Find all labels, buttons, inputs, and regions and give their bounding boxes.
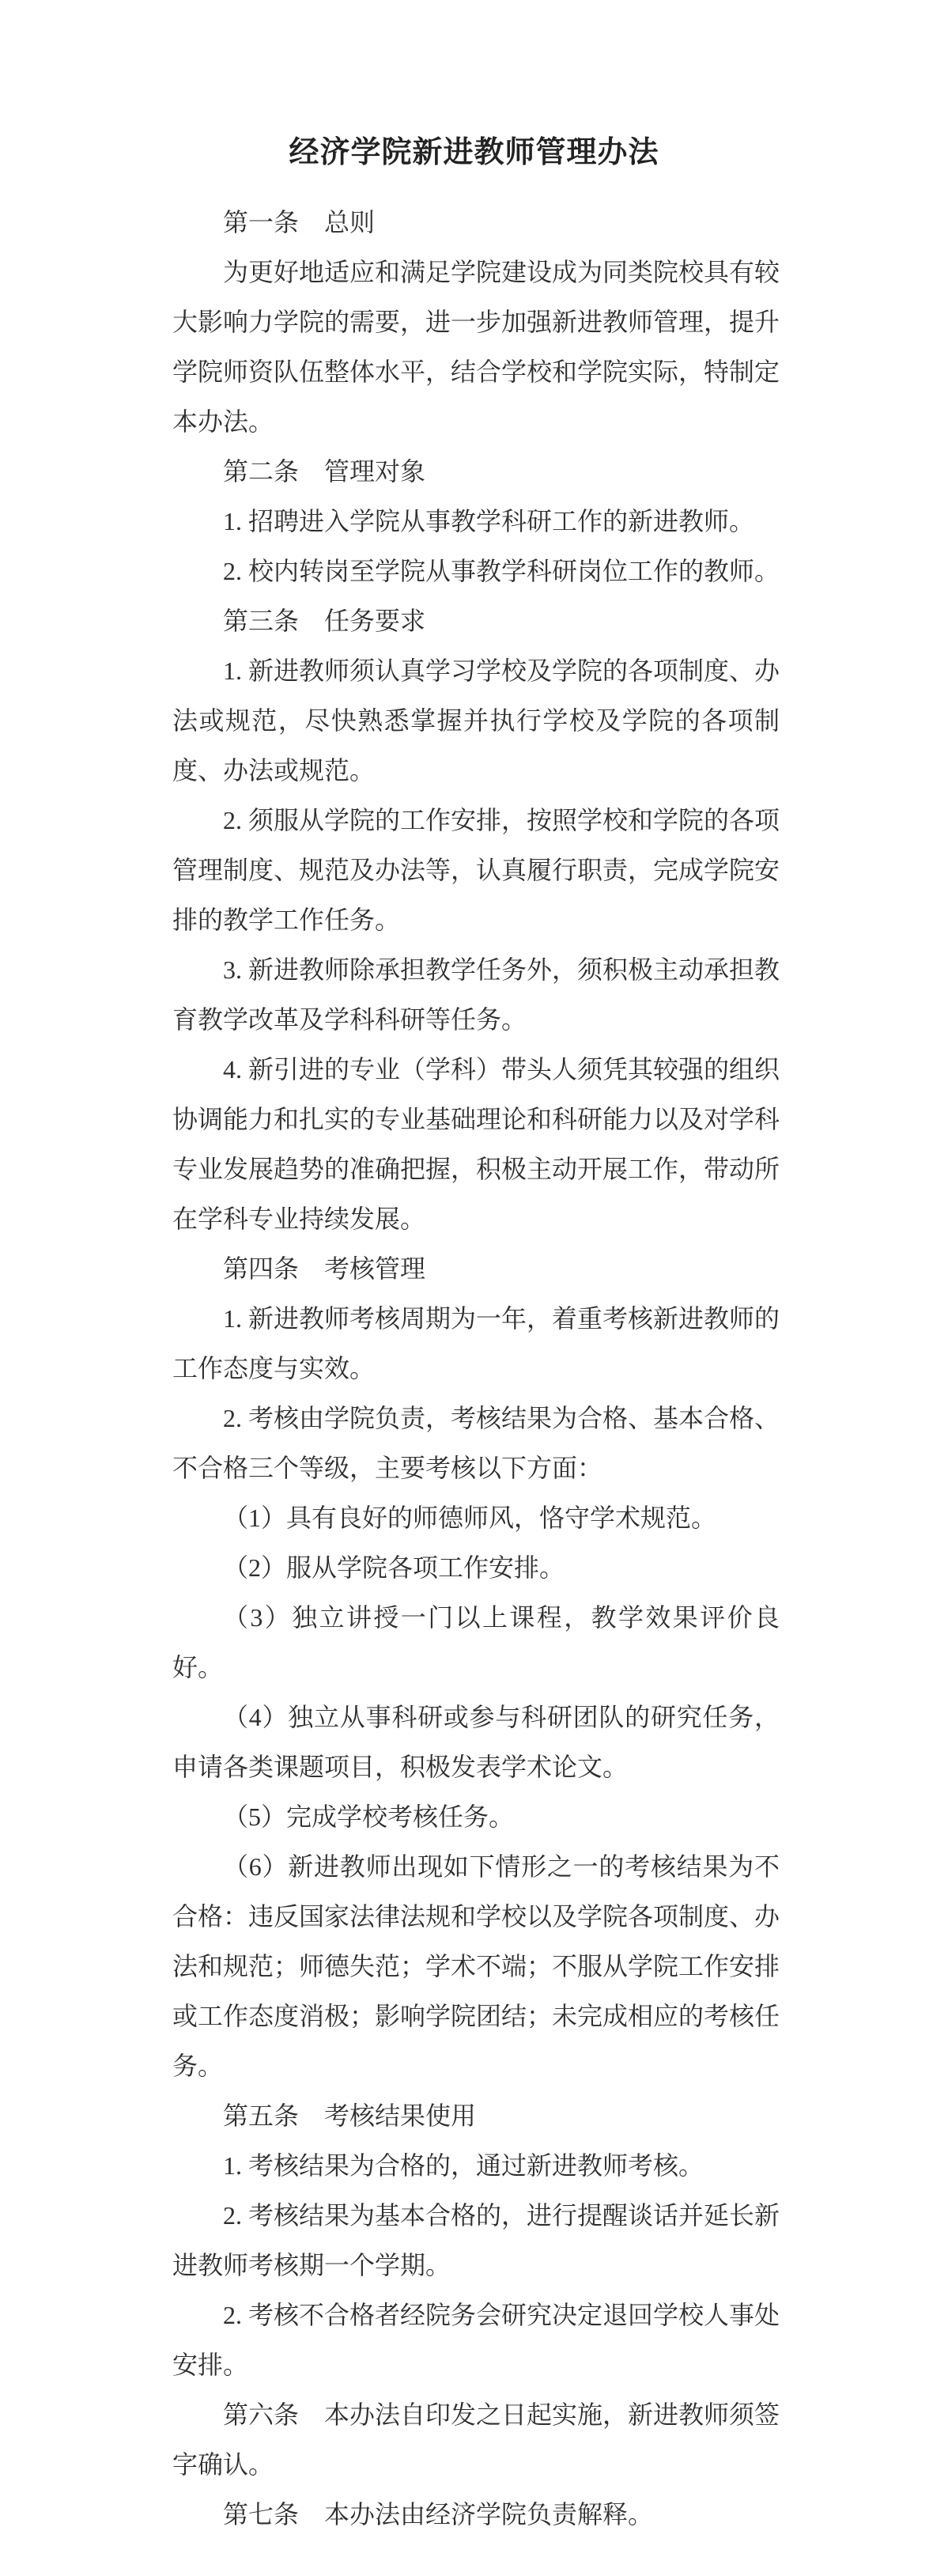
paragraph: （5）完成学校考核任务。 (172, 1792, 780, 1842)
paragraph: （1）具有良好的师德师风，恪守学术规范。 (172, 1493, 780, 1543)
paragraph: 1. 新进教师考核周期为一年，着重考核新进教师的工作态度与实效。 (172, 1294, 780, 1394)
paragraph: 第一条 总则 (172, 198, 780, 248)
paragraph: 第五条 考核结果使用 (172, 2091, 780, 2141)
paragraph: （6）新进教师出现如下情形之一的考核结果为不合格：违反国家法律法规和学校以及学院… (172, 1842, 780, 2091)
paragraph: 4. 新引进的专业（学科）带头人须凭其较强的组织协调能力和扎实的专业基础理论和科… (172, 1045, 780, 1244)
paragraph: （4）独立从事科研或参与科研团队的研究任务，申请各类课题项目，积极发表学术论文。 (172, 1693, 780, 1792)
document-body: 第一条 总则为更好地适应和满足学院建设成为同类院校具有较大影响力学院的需要，进一… (172, 198, 780, 2540)
paragraph: 第三条 任务要求 (172, 596, 780, 646)
paragraph: 第七条 本办法由经济学院负责解释。 (172, 2490, 780, 2540)
paragraph: 第四条 考核管理 (172, 1244, 780, 1294)
paragraph: 3. 新进教师除承担教学任务外，须积极主动承担教育教学改革及学科科研等任务。 (172, 945, 780, 1045)
paragraph: 1. 考核结果为合格的，通过新进教师考核。 (172, 2141, 780, 2191)
paragraph: （2）服从学院各项工作安排。 (172, 1543, 780, 1593)
paragraph: 第六条 本办法自印发之日起实施，新进教师须签字确认。 (172, 2390, 780, 2490)
document-page: 经济学院新进教师管理办法 第一条 总则为更好地适应和满足学院建设成为同类院校具有… (0, 0, 948, 2576)
paragraph: （3）独立讲授一门以上课程，教学效果评价良好。 (172, 1593, 780, 1693)
document-title: 经济学院新进教师管理办法 (0, 135, 948, 170)
paragraph: 1. 招聘进入学院从事教学科研工作的新进教师。 (172, 497, 780, 547)
paragraph: 2. 须服从学院的工作安排，按照学校和学院的各项管理制度、规范及办法等，认真履行… (172, 796, 780, 945)
paragraph: 1. 新进教师须认真学习学校及学院的各项制度、办法或规范，尽快熟悉掌握并执行学校… (172, 646, 780, 796)
paragraph: 2. 考核由学院负责，考核结果为合格、基本合格、不合格三个等级，主要考核以下方面… (172, 1394, 780, 1493)
paragraph: 2. 考核不合格者经院务会研究决定退回学校人事处安排。 (172, 2290, 780, 2390)
paragraph: 第二条 管理对象 (172, 447, 780, 497)
paragraph: 2. 考核结果为基本合格的，进行提醒谈话并延长新进教师考核期一个学期。 (172, 2191, 780, 2290)
paragraph: 2. 校内转岗至学院从事教学科研岗位工作的教师。 (172, 547, 780, 596)
paragraph: 为更好地适应和满足学院建设成为同类院校具有较大影响力学院的需要，进一步加强新进教… (172, 248, 780, 447)
